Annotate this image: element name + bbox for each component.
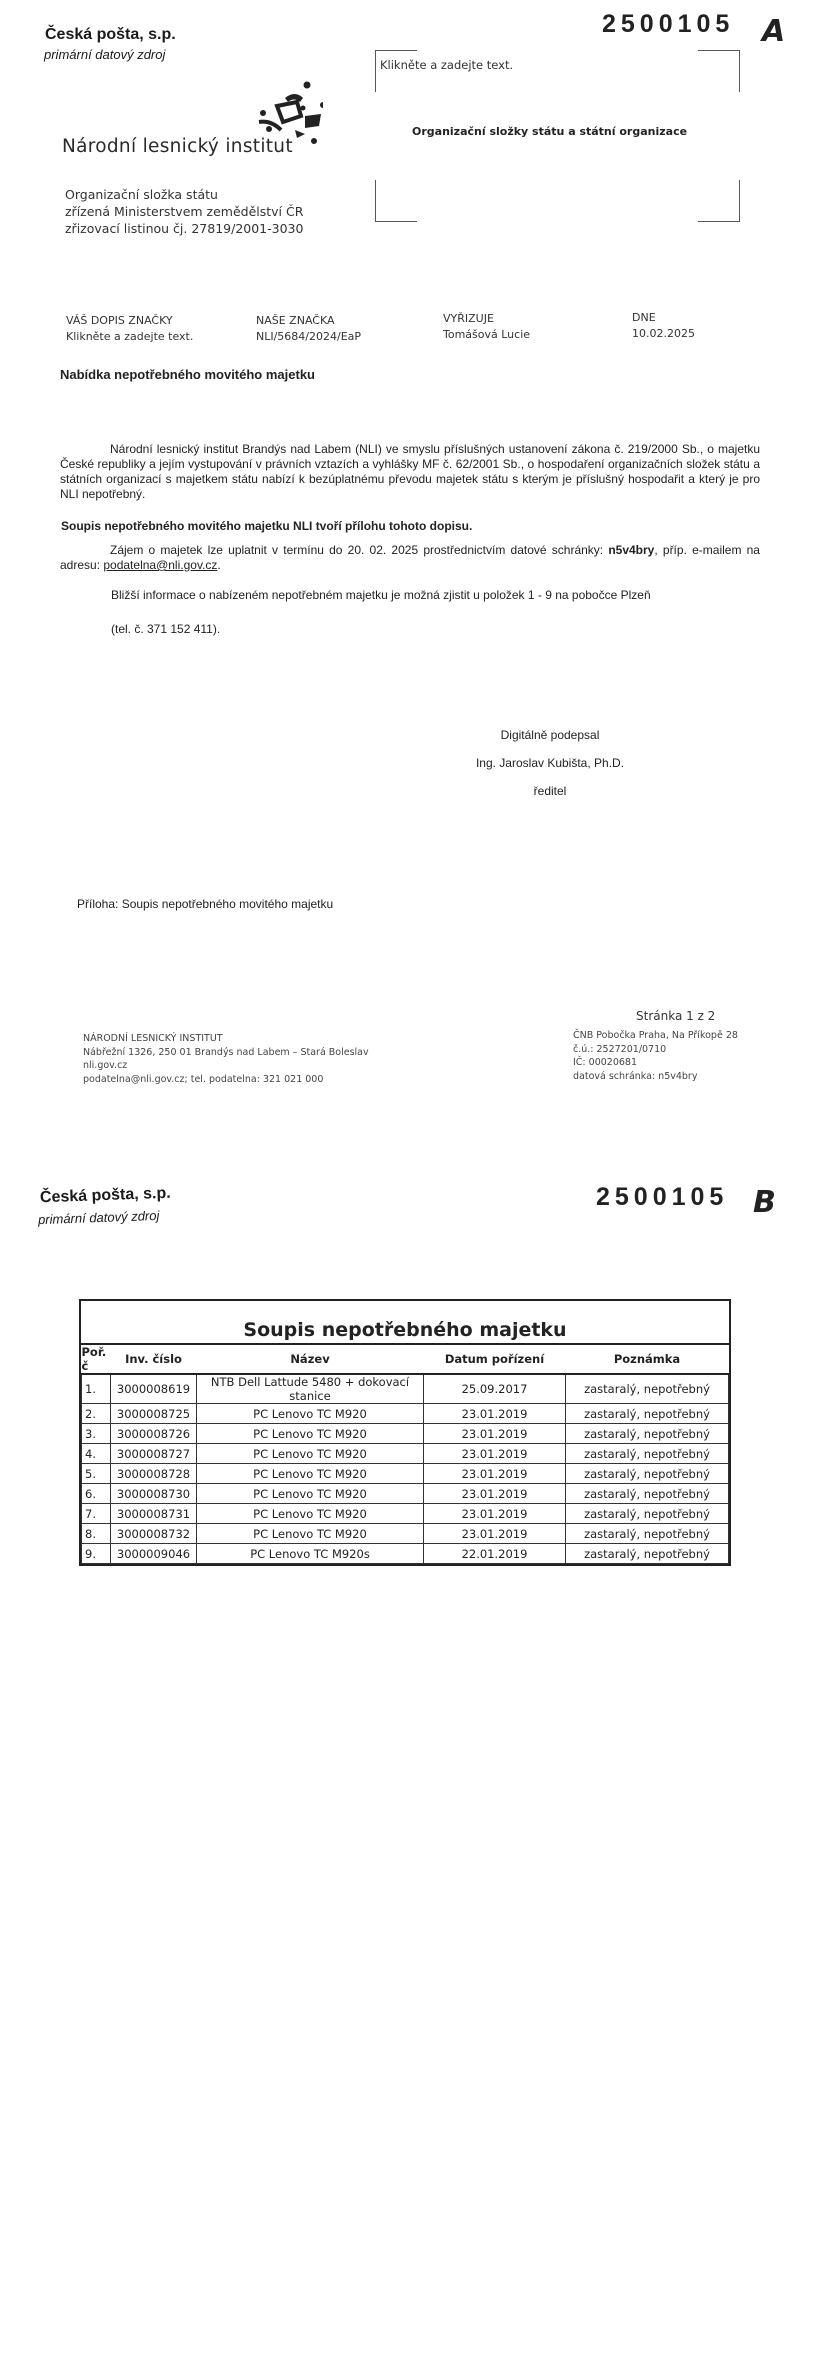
document-number: 2500105 [596, 1183, 728, 1212]
col-header-inventory: Inv. číslo [111, 1345, 197, 1374]
table-row: 8.3000008732PC Lenovo TC M92023.01.2019z… [82, 1524, 729, 1544]
footer-line: nli.gov.cz [83, 1059, 369, 1073]
footer-line: IČ: 00020681 [573, 1056, 738, 1070]
cell-note: zastaralý, nepotřebný [566, 1464, 729, 1484]
table-row: 2.3000008725PC Lenovo TC M92023.01.2019z… [82, 1404, 729, 1424]
reference-label: NAŠE ZNAČKA [256, 313, 361, 329]
footer-line: podatelna@nli.gov.cz; tel. podatelna: 32… [83, 1073, 369, 1087]
org-line: Organizační složka státu [65, 186, 303, 203]
cell-note: zastaralý, nepotřebný [566, 1484, 729, 1504]
reference-label: VÁŠ DOPIS ZNAČKY [66, 313, 193, 329]
reference-label: VYŘIZUJE [443, 311, 530, 327]
cell-name: PC Lenovo TC M920 [197, 1484, 424, 1504]
cell-inventory-number: 3000008725 [111, 1404, 197, 1424]
col-header-name: Název [197, 1345, 424, 1374]
cell-name: PC Lenovo TC M920 [197, 1424, 424, 1444]
table-row: 6.3000008730PC Lenovo TC M92023.01.2019z… [82, 1484, 729, 1504]
cell-order: 5. [82, 1464, 111, 1484]
post-stamp-name: Česká pošta, s.p. [45, 26, 176, 44]
document-number: 2500105 [602, 10, 734, 39]
cell-inventory-number: 3000008732 [111, 1524, 197, 1544]
cell-order: 2. [82, 1404, 111, 1424]
footer-line: NÁRODNÍ LESNICKÝ INSTITUT [83, 1032, 369, 1046]
corner-mark [698, 50, 740, 92]
reference-your-letter: VÁŠ DOPIS ZNAČKY Klikněte a zadejte text… [66, 313, 193, 345]
cell-inventory-number: 3000008730 [111, 1484, 197, 1504]
footer-line: datová schránka: n5v4bry [573, 1070, 738, 1084]
cell-order: 1. [82, 1374, 111, 1404]
org-line: zřizovací listinou čj. 27819/2001-3030 [65, 220, 303, 237]
databox-id: n5v4bry [608, 543, 654, 557]
recipient-organization: Organizační složky státu a státní organi… [412, 125, 687, 138]
reference-value: 10.02.2025 [632, 326, 695, 342]
footer-line: ČNB Pobočka Praha, Na Příkopě 28 [573, 1029, 738, 1043]
email-link[interactable]: podatelna@nli.gov.cz [103, 558, 217, 572]
cell-note: zastaralý, nepotřebný [566, 1504, 729, 1524]
reference-value[interactable]: Klikněte a zadejte text. [66, 329, 193, 345]
paragraph-phone: (tel. č. 371 152 411). [111, 622, 220, 637]
reference-value: Tomášová Lucie [443, 327, 530, 343]
cell-inventory-number: 3000008619 [111, 1374, 197, 1404]
cell-date: 23.01.2019 [424, 1484, 566, 1504]
table-row: 5.3000008728PC Lenovo TC M92023.01.2019z… [82, 1464, 729, 1484]
footer-contact: NÁRODNÍ LESNICKÝ INSTITUT Nábřežní 1326,… [83, 1032, 369, 1086]
reference-our-mark: NAŠE ZNAČKA NLI/5684/2024/EaP [256, 313, 361, 345]
cell-inventory-number: 3000008726 [111, 1424, 197, 1444]
cell-name: PC Lenovo TC M920 [197, 1524, 424, 1544]
cell-name: PC Lenovo TC M920 [197, 1404, 424, 1424]
post-stamp-name: Česká pošta, s.p. [40, 1185, 171, 1208]
cell-note: zastaralý, nepotřebný [566, 1444, 729, 1464]
cell-order: 6. [82, 1484, 111, 1504]
cell-order: 8. [82, 1524, 111, 1544]
cell-order: 4. [82, 1444, 111, 1464]
cell-name: PC Lenovo TC M920 [197, 1464, 424, 1484]
interest-text: . [217, 558, 220, 572]
org-line: zřízená Ministerstvem zemědělství ČR [65, 203, 303, 220]
footer-line: č.ú.: 2527201/0710 [573, 1043, 738, 1057]
attachment-note: Příloha: Soupis nepotřebného movitého ma… [77, 897, 333, 912]
cell-note: zastaralý, nepotřebný [566, 1374, 729, 1404]
cell-inventory-number: 3000008731 [111, 1504, 197, 1524]
cell-name: NTB Dell Lattude 5480 + dokovací stanice [197, 1374, 424, 1404]
paragraph-more-info: Bližší informace o nabízeném nepotřebném… [111, 588, 771, 603]
cell-date: 23.01.2019 [424, 1424, 566, 1444]
paragraph-attachment-note: Soupis nepotřebného movitého majetku NLI… [61, 519, 761, 534]
asset-list-table: Soupis nepotřebného majetku Poř. č Inv. … [79, 1299, 731, 1566]
letter-subject: Nabídka nepotřebného movitého majetku [60, 367, 315, 382]
corner-mark [375, 180, 417, 222]
col-header-note: Poznámka [566, 1345, 729, 1374]
table-row: 3.3000008726PC Lenovo TC M92023.01.2019z… [82, 1424, 729, 1444]
cell-order: 9. [82, 1544, 111, 1564]
cell-date: 23.01.2019 [424, 1524, 566, 1544]
cell-date: 22.01.2019 [424, 1544, 566, 1564]
cell-note: zastaralý, nepotřebný [566, 1424, 729, 1444]
cell-date: 23.01.2019 [424, 1444, 566, 1464]
cell-note: zastaralý, nepotřebný [566, 1524, 729, 1544]
cell-inventory-number: 3000008728 [111, 1464, 197, 1484]
recipient-name-field[interactable]: Klikněte a zadejte text. [380, 58, 513, 72]
footer-line: Nábřežní 1326, 250 01 Brandýs nad Labem … [83, 1046, 369, 1060]
institute-name-logo: Národní lesnický institut [62, 136, 293, 157]
table-title: Soupis nepotřebného majetku [81, 1301, 729, 1345]
cell-name: PC Lenovo TC M920 [197, 1444, 424, 1464]
reference-label: DNE [632, 310, 695, 326]
footer-bank-info: ČNB Pobočka Praha, Na Příkopě 28 č.ú.: 2… [573, 1029, 738, 1083]
cell-name: PC Lenovo TC M920 [197, 1504, 424, 1524]
interest-text: Zájem o majetek lze uplatnit v termínu d… [110, 543, 608, 557]
cell-date: 23.01.2019 [424, 1404, 566, 1424]
col-header-order: Poř. č [82, 1345, 111, 1374]
page-letter: A [762, 14, 785, 49]
table-header-row: Poř. č Inv. číslo Název Datum pořízení P… [82, 1345, 729, 1374]
cell-inventory-number: 3000009046 [111, 1544, 197, 1564]
cell-order: 7. [82, 1504, 111, 1524]
col-header-date: Datum pořízení [424, 1345, 566, 1374]
recipient-address-box: Klikněte a zadejte text. Organizační slo… [375, 50, 740, 222]
page-letter: B [753, 1185, 776, 1220]
cell-date: 25.09.2017 [424, 1374, 566, 1404]
cell-date: 23.01.2019 [424, 1464, 566, 1484]
corner-mark [698, 180, 740, 222]
org-info: Organizační složka státu zřízená Ministe… [65, 186, 303, 237]
cell-note: zastaralý, nepotřebný [566, 1404, 729, 1424]
cell-date: 23.01.2019 [424, 1504, 566, 1524]
cell-inventory-number: 3000008727 [111, 1444, 197, 1464]
reference-value: NLI/5684/2024/EaP [256, 329, 361, 345]
cell-note: zastaralý, nepotřebný [566, 1544, 729, 1564]
reference-date: DNE 10.02.2025 [632, 310, 695, 342]
paragraph-interest: Zájem o majetek lze uplatnit v termínu d… [60, 543, 760, 573]
paragraph-offer: Národní lesnický institut Brandýs nad La… [60, 442, 760, 502]
post-stamp-subtitle: primární datový zdroj [44, 47, 165, 62]
signature-line: Digitálně podepsal [420, 728, 680, 742]
page-indicator: Stránka 1 z 2 [636, 1009, 715, 1023]
reference-handled-by: VYŘIZUJE Tomášová Lucie [443, 311, 530, 343]
cell-name: PC Lenovo TC M920s [197, 1544, 424, 1564]
cell-order: 3. [82, 1424, 111, 1444]
signature-name: Ing. Jaroslav Kubišta, Ph.D. [420, 756, 680, 770]
post-stamp-subtitle: primární datový zdroj [38, 1208, 160, 1227]
signature-role: ředitel [420, 784, 680, 798]
table-row: 1.3000008619NTB Dell Lattude 5480 + doko… [82, 1374, 729, 1404]
table-row: 9.3000009046PC Lenovo TC M920s22.01.2019… [82, 1544, 729, 1564]
table-row: 7.3000008731PC Lenovo TC M92023.01.2019z… [82, 1504, 729, 1524]
table-row: 4.3000008727PC Lenovo TC M92023.01.2019z… [82, 1444, 729, 1464]
